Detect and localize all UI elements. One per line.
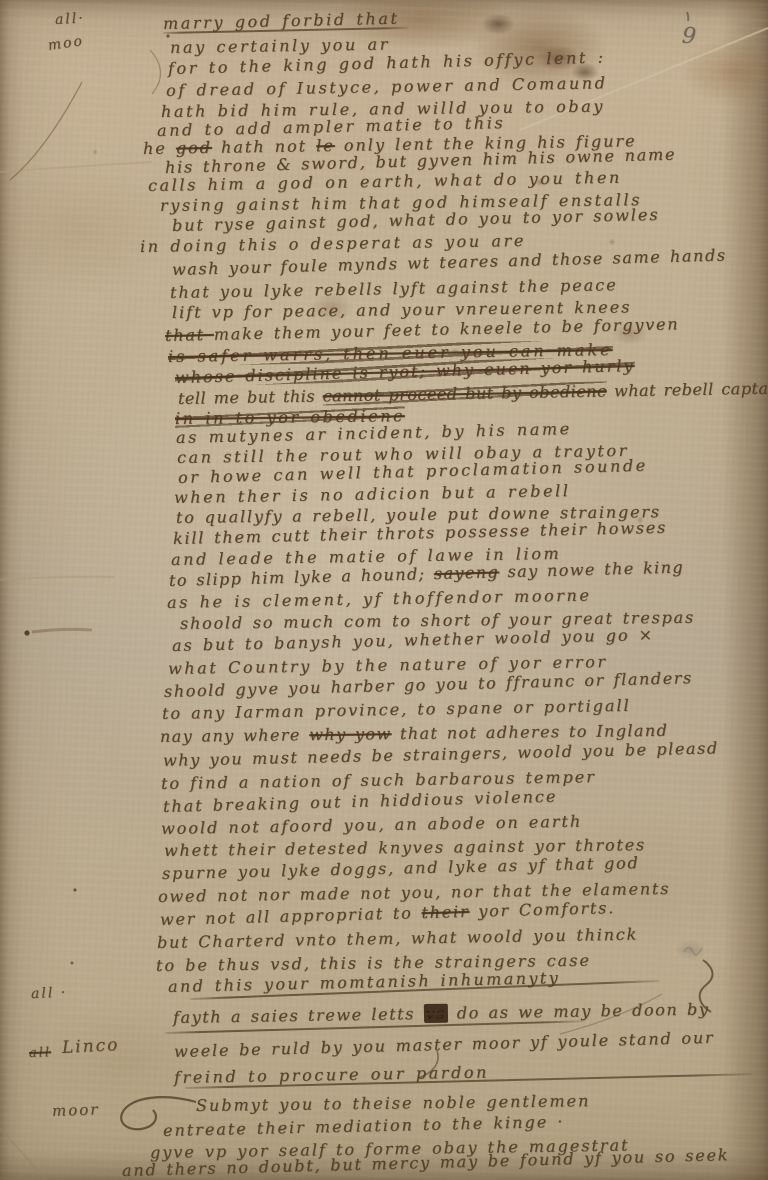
line-text: nay any where <box>160 725 309 746</box>
deleted-text: that <box>165 325 214 345</box>
manuscript-line: but Charterd vnto them, what woold you t… <box>157 925 638 953</box>
line-text: weele be ruld by you master moor yf youl… <box>174 1028 715 1061</box>
margin-prefix: all · <box>31 985 68 1002</box>
line-text: as he is clement, yf thoffendor moorne <box>167 586 592 612</box>
line-text: but Charterd vnto them, what woold you t… <box>157 925 638 952</box>
line-text: woold not afoord you, an abode on earth <box>161 812 583 838</box>
line-text: yor Comforts. <box>469 898 615 921</box>
margin-prefix: all <box>29 1045 52 1061</box>
margin-prefix: all· <box>55 10 86 28</box>
manuscript-page: 9 marry god forbid thatnay certainly you… <box>0 0 768 1180</box>
line-text: wer not all appropriat to <box>160 903 422 929</box>
deleted-text: god <box>176 138 212 158</box>
margin-prefix: moor <box>52 1100 100 1120</box>
line-text: what rebell captaine <box>606 378 768 400</box>
deleted-text: vs <box>424 1004 449 1023</box>
deleted-text: sayeng <box>434 562 500 583</box>
manuscript-line: weele be ruld by you master moor yf youl… <box>174 1028 715 1062</box>
margin-prefix: Linco <box>61 1035 119 1058</box>
line-text: fayth a saies trewe letts <box>173 1004 424 1027</box>
line-text: he <box>143 138 176 158</box>
deleted-text: le <box>316 136 335 155</box>
manuscript-text-block: marry god forbid thatnay certainly you a… <box>0 0 768 1180</box>
line-text: entreate their mediation to the kinge · <box>163 1112 565 1140</box>
deleted-text: why yow <box>309 724 392 744</box>
deleted-text: their <box>421 902 469 922</box>
line-text: tell me but this <box>178 386 323 408</box>
line-text: say nowe the king <box>499 558 684 582</box>
margin-prefix: moo <box>47 33 85 54</box>
line-text: Submyt you to theise noble gentlemen <box>196 1091 591 1115</box>
manuscript-line: woold not afoord you, an abode on earth <box>161 812 583 839</box>
deleted-text: cannot proceed but by obedienc <box>322 382 606 406</box>
line-text: do as we may be doon by <box>448 1000 710 1023</box>
